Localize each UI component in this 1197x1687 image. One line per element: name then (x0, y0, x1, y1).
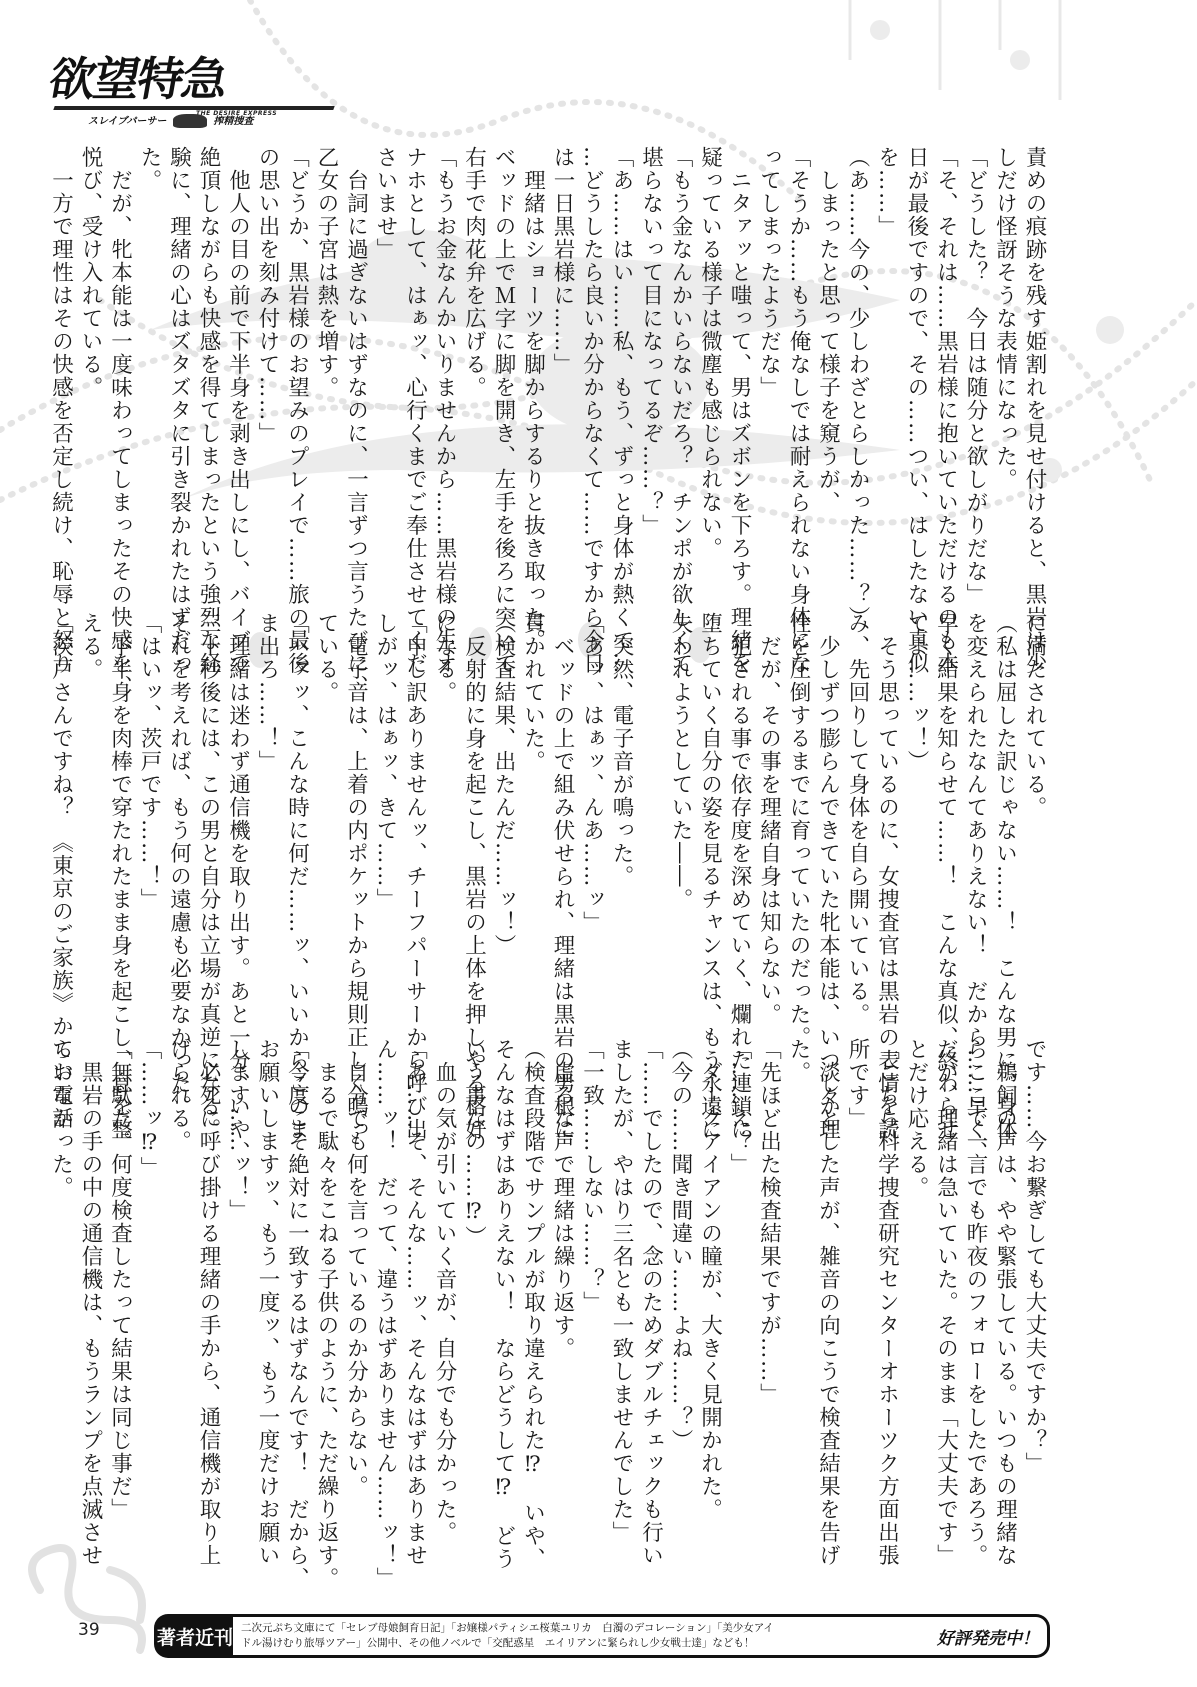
text-tier-top: 責めの痕跡を残す姫割れを見せ付けると、黒岩は少しだけ怪訝そうな表情になった。「ど… (46, 146, 1049, 606)
text-line: 験に、理緒の心はズタズタに引き裂かれたはずだっ (164, 146, 194, 606)
text-line: は一日黒岩様に……」 (548, 146, 578, 606)
text-line: 性を圧倒するまでに育っていたのだった。 (784, 612, 814, 1032)
text-line: 台詞に過ぎないはずなのに、一言ずつ言うたびに、 (341, 146, 371, 606)
banner-text: 二次元ぷち文庫にて「セレブ母娘飼育日記」「お嬢様パティシエ桜葉ユリカ 白濁のデコ… (241, 1621, 927, 1651)
text-line: 「あ……はい……私、もう、ずっと身体が熱くて… (607, 146, 637, 606)
text-line: します……ッ！」 (223, 1038, 253, 1508)
text-line: さいませ」 (371, 146, 401, 606)
text-line: ってしまったようだな」 (754, 146, 784, 606)
text-line: それを考えれば、もう何の遠慮も必要なかった。 (164, 612, 194, 1032)
text-line: 「今度こそ絶対に一致するはずなんです！ だから、 (282, 1038, 312, 1508)
text-line (636, 612, 666, 1032)
text-line: ダークアイアンの瞳が、大きく見開かれた。 (695, 1038, 725, 1508)
text-line: いう事なの……⁉） (459, 1038, 489, 1508)
text-line: （私は屈した訳じゃない……！ こんな男に、身体 (990, 612, 1020, 1032)
text-line: 絶頂しながらも快感を得てしまったという強烈な経 (194, 146, 224, 606)
text-tier-bottom: です……今お繋ぎしても大丈夫ですか？」 鵜飼の声は、やや緊張している。いつもの理… (46, 1038, 1049, 1508)
text-line: 「はいッ、茨戸です……！」 (135, 612, 165, 1032)
text-line: ていなかった。 (46, 1038, 76, 1508)
author-new-releases-banner: 著者近刊 二次元ぷち文庫にて「セレブ母娘飼育日記」「お嬢様パティシエ桜葉ユリカ … (154, 1614, 1050, 1658)
logo-title: 欲望特急 (46, 56, 230, 102)
text-line: 「そ、それは……黒岩様に抱いていただけるのも本 (931, 146, 961, 606)
text-line: 堪らないって目になってるぞ……？」 (636, 146, 666, 606)
text-line: 電子音は、上着の内ポケットから規則正しく鳴っ (341, 612, 371, 1032)
logo-subtitle-right: 搾精捜査 (213, 116, 253, 127)
text-line: 必死に呼び掛ける理緒の手から、通信機が取り上 (194, 1038, 224, 1508)
text-line: 「こちら科学捜査研究センターオホーツク方面出張 (872, 1038, 902, 1508)
text-line: まるで駄々をこねる子供のように、ただ繰り返す。 (312, 1038, 342, 1508)
text-line: だが、牝本能は一度味わってしまったその快感を、 (105, 146, 135, 606)
text-line: らここで一言でも昨夜のフォローをしたであろう。 (961, 1038, 991, 1508)
text-line: 乙女の子宮は熱を増す。 (312, 146, 342, 606)
text-line: 突然、電子音が鳴った。 (607, 612, 637, 1032)
text-line: 「……え？」 (725, 1038, 755, 1508)
text-line: を……」 (872, 146, 902, 606)
text-line: 「どうか、黒岩様のお望みのプレイで……旅の最後 (282, 146, 312, 606)
text-line: 鵜飼の声は、やや緊張している。いつもの理緒な (990, 1038, 1020, 1508)
text-line: 「もうお金なんかいりませんから……黒岩様の生オ (430, 146, 460, 606)
text-line: 「茨戸さんですね？ 《東京のご家族》からお電話 (46, 612, 76, 1032)
text-line: 失われようとしていた――。 (666, 612, 696, 1032)
text-line: 一方で理性はその快感を否定し続け、恥辱と怒り (46, 146, 76, 606)
logo-subtitle: スレイブパーサー 搾精捜査 (88, 112, 253, 128)
text-line: 「あッ、はぁッ、んあ……ッ」 (577, 612, 607, 1032)
text-line: 早く結果を知らせて……！ こんな真似、終わらせ (931, 612, 961, 1032)
text-line: 「もう金なんかいらないだろ？ チンポが欲しくて (666, 146, 696, 606)
text-line: げられる。 (164, 1038, 194, 1508)
text-line: 右手で肉花弁を広げる。 (459, 146, 489, 606)
text-line: を変えられたなんてありえない！ だから……早く、 (961, 612, 991, 1032)
text-line: 「……ッ⁉」 (135, 1038, 165, 1508)
text-line: 「先ほど出た検査結果ですが……」 (754, 1038, 784, 1508)
magazine-logo: 欲望特急 THE DESIRE EXPRESS スレイブパーサー 搾精捜査 (48, 52, 338, 138)
text-line: ベッドの上で組み伏せられ、理緒は黒岩の男根に (548, 612, 578, 1032)
text-line: です……今お繋ぎしても大丈夫ですか？」 (1020, 1038, 1050, 1508)
text-line: とだけ応える。 (902, 1038, 932, 1508)
text-line: に満たされている。 (1020, 612, 1050, 1032)
logo-subtitle-left: スレイブパーサー (88, 116, 166, 127)
text-line: ている。 (312, 612, 342, 1032)
text-line: しまったと思って様子を窺うが、 (813, 146, 843, 606)
text-line: 「申し訳ありませんッ、チーフパーサーから呼び出 (400, 612, 430, 1032)
text-line: 責めの痕跡を残す姫割れを見せ付けると、黒岩は少 (1020, 146, 1050, 606)
text-line: える。 (76, 612, 106, 1032)
text-line: ニタァッと嗤って、男はズボンを下ろす。理緒を (725, 146, 755, 606)
banner-text-line-1: 二次元ぷち文庫にて「セレブ母娘飼育日記」「お嬢様パティシエ桜葉ユリカ 白濁のデコ… (241, 1621, 927, 1636)
text-line: だが、その事を理緒自身は知らない。 (754, 612, 784, 1032)
text-line: ん……ッ！ だって、違うはずありません……ッ！」 (371, 1038, 401, 1508)
text-line: 自分でも何を言っているのか分からない。 (341, 1038, 371, 1508)
logo-underline (53, 106, 334, 110)
text-line: 「無駄だ。何度検査したって結果は同じ事だ」 (105, 1038, 135, 1508)
page-number: 39 (78, 1620, 100, 1640)
text-line: 「どうした？ 今日は随分と欲しがりだな」 (961, 146, 991, 606)
text-line: た。 (135, 146, 165, 606)
text-line: （あ……今の、少しわざとらしかった……？） (843, 146, 873, 606)
text-line: 「あ……そ、そんな……ッ、そんなはずはありませ (400, 1038, 430, 1508)
text-line: 血の気が引いていく音が、自分でも分かった。 (430, 1038, 460, 1508)
banner-text-line-2: ドル湯けむり旅辱ツアー」公開中、その他ノベルで「交配惑星 エイリアンに緊られし少… (241, 1636, 927, 1651)
text-line: 貫かれていた。 (518, 612, 548, 1032)
text-line: み、先回りして身体を自ら開いている。 (843, 612, 873, 1032)
text-line: 虚ろな声で理緒は繰り返す。 (548, 1038, 578, 1508)
text-line: 理緒は迷わず通信機を取り出す。あと一分、いや、 (223, 612, 253, 1032)
text-line: （検査結果、出たんだ……ッ！） (489, 612, 519, 1032)
text-line: そんなはずはありえない！ ならどうして⁉ どう (489, 1038, 519, 1508)
text-line: 「……でしたので、念のためダブルチェックも行い (636, 1038, 666, 1508)
text-line: 三十秒後には、この男と自分は立場が真逆になる。 (194, 612, 224, 1032)
banner-tagline: 好評発売中！ (927, 1624, 1039, 1649)
text-line: ま出ろ……！」 (253, 612, 283, 1032)
text-line: ナホとして、はぁッ、心行くまでご奉仕させてくだ (400, 146, 430, 606)
text-tier-middle: に満たされている。（私は屈した訳じゃない……！ こんな男に、身体を変えられたなん… (46, 612, 1049, 1032)
text-line: 「そうか……もう俺なしでは耐えられない身体にな (784, 146, 814, 606)
text-line: 日が最後ですので、その……つい、はしたない真似 (902, 146, 932, 606)
text-line: しだけ怪訝そうな表情になった。 (990, 146, 1020, 606)
text-line: 犯される事で依存度を深めていく、爛れた連鎖に (725, 612, 755, 1032)
text-line: 黒岩の手の中の通信機は、もうランプを点滅させ (76, 1038, 106, 1508)
text-line: 下半身を肉棒で穿たれたまま身を起こし、息を整 (105, 612, 135, 1032)
text-line: （今の……聞き間違い……よね……？） (666, 1038, 696, 1508)
text-line: 「一致……しない……？」 (577, 1038, 607, 1508)
text-line: 反射的に身を起こし、黒岩の上体を押しやる格好 (459, 612, 489, 1032)
text-line: お願いしますッ、もう一度ッ、もう一度だけお願い (253, 1038, 283, 1508)
text-line: 「ハァッ、こんな時に何だ……ッ、いいからこのま (282, 612, 312, 1032)
text-line: ましたが、やはり三名とも一致しませんでした」 (607, 1038, 637, 1508)
emblem-icon (173, 114, 207, 128)
text-line: 少しずつ膨らんできていた牝本能は、いつしか理 (813, 612, 843, 1032)
text-line: そう思っているのに、女捜査官は黒岩の表情を読 (872, 612, 902, 1032)
text-line: 理緒はショーツを脚からするりと抜き取った。 (518, 146, 548, 606)
text-line: しがッ、はぁッ、きて……」 (371, 612, 401, 1032)
text-line: 疑っている様子は微塵も感じられない。 (695, 146, 725, 606)
text-line: 堕ちていく自分の姿を見るチャンスは、もう永遠に (695, 612, 725, 1032)
text-line: てよ……ッ！） (902, 612, 932, 1032)
banner-label: 著者近刊 (157, 1617, 233, 1655)
text-line: になる。 (430, 612, 460, 1032)
text-line: 他人の目の前で下半身を剥き出しにし、バイブで (223, 146, 253, 606)
text-line: の思い出を刻み付けて……」 (253, 146, 283, 606)
text-line: 悦び、受け入れている。 (76, 146, 106, 606)
text-line: （検査段階でサンプルが取り違えられた⁉ いや、 (518, 1038, 548, 1508)
text-line: ベッドの上でＭ字に脚を開き、左手を後ろに突いて (489, 146, 519, 606)
text-line: 淡々とした声が、雑音の向こうで検査結果を告げ (813, 1038, 843, 1508)
text-line: 所です」 (843, 1038, 873, 1508)
text-line: …どうしたら良いか分からなくて……ですから今日 (577, 146, 607, 606)
banner-body: 二次元ぷち文庫にて「セレブ母娘飼育日記」「お嬢様パティシエ桜葉ユリカ 白濁のデコ… (233, 1617, 1047, 1655)
text-line: た。 (784, 1038, 814, 1508)
text-line: だが、理緒は急いていた。そのまま「大丈夫です」 (931, 1038, 961, 1508)
